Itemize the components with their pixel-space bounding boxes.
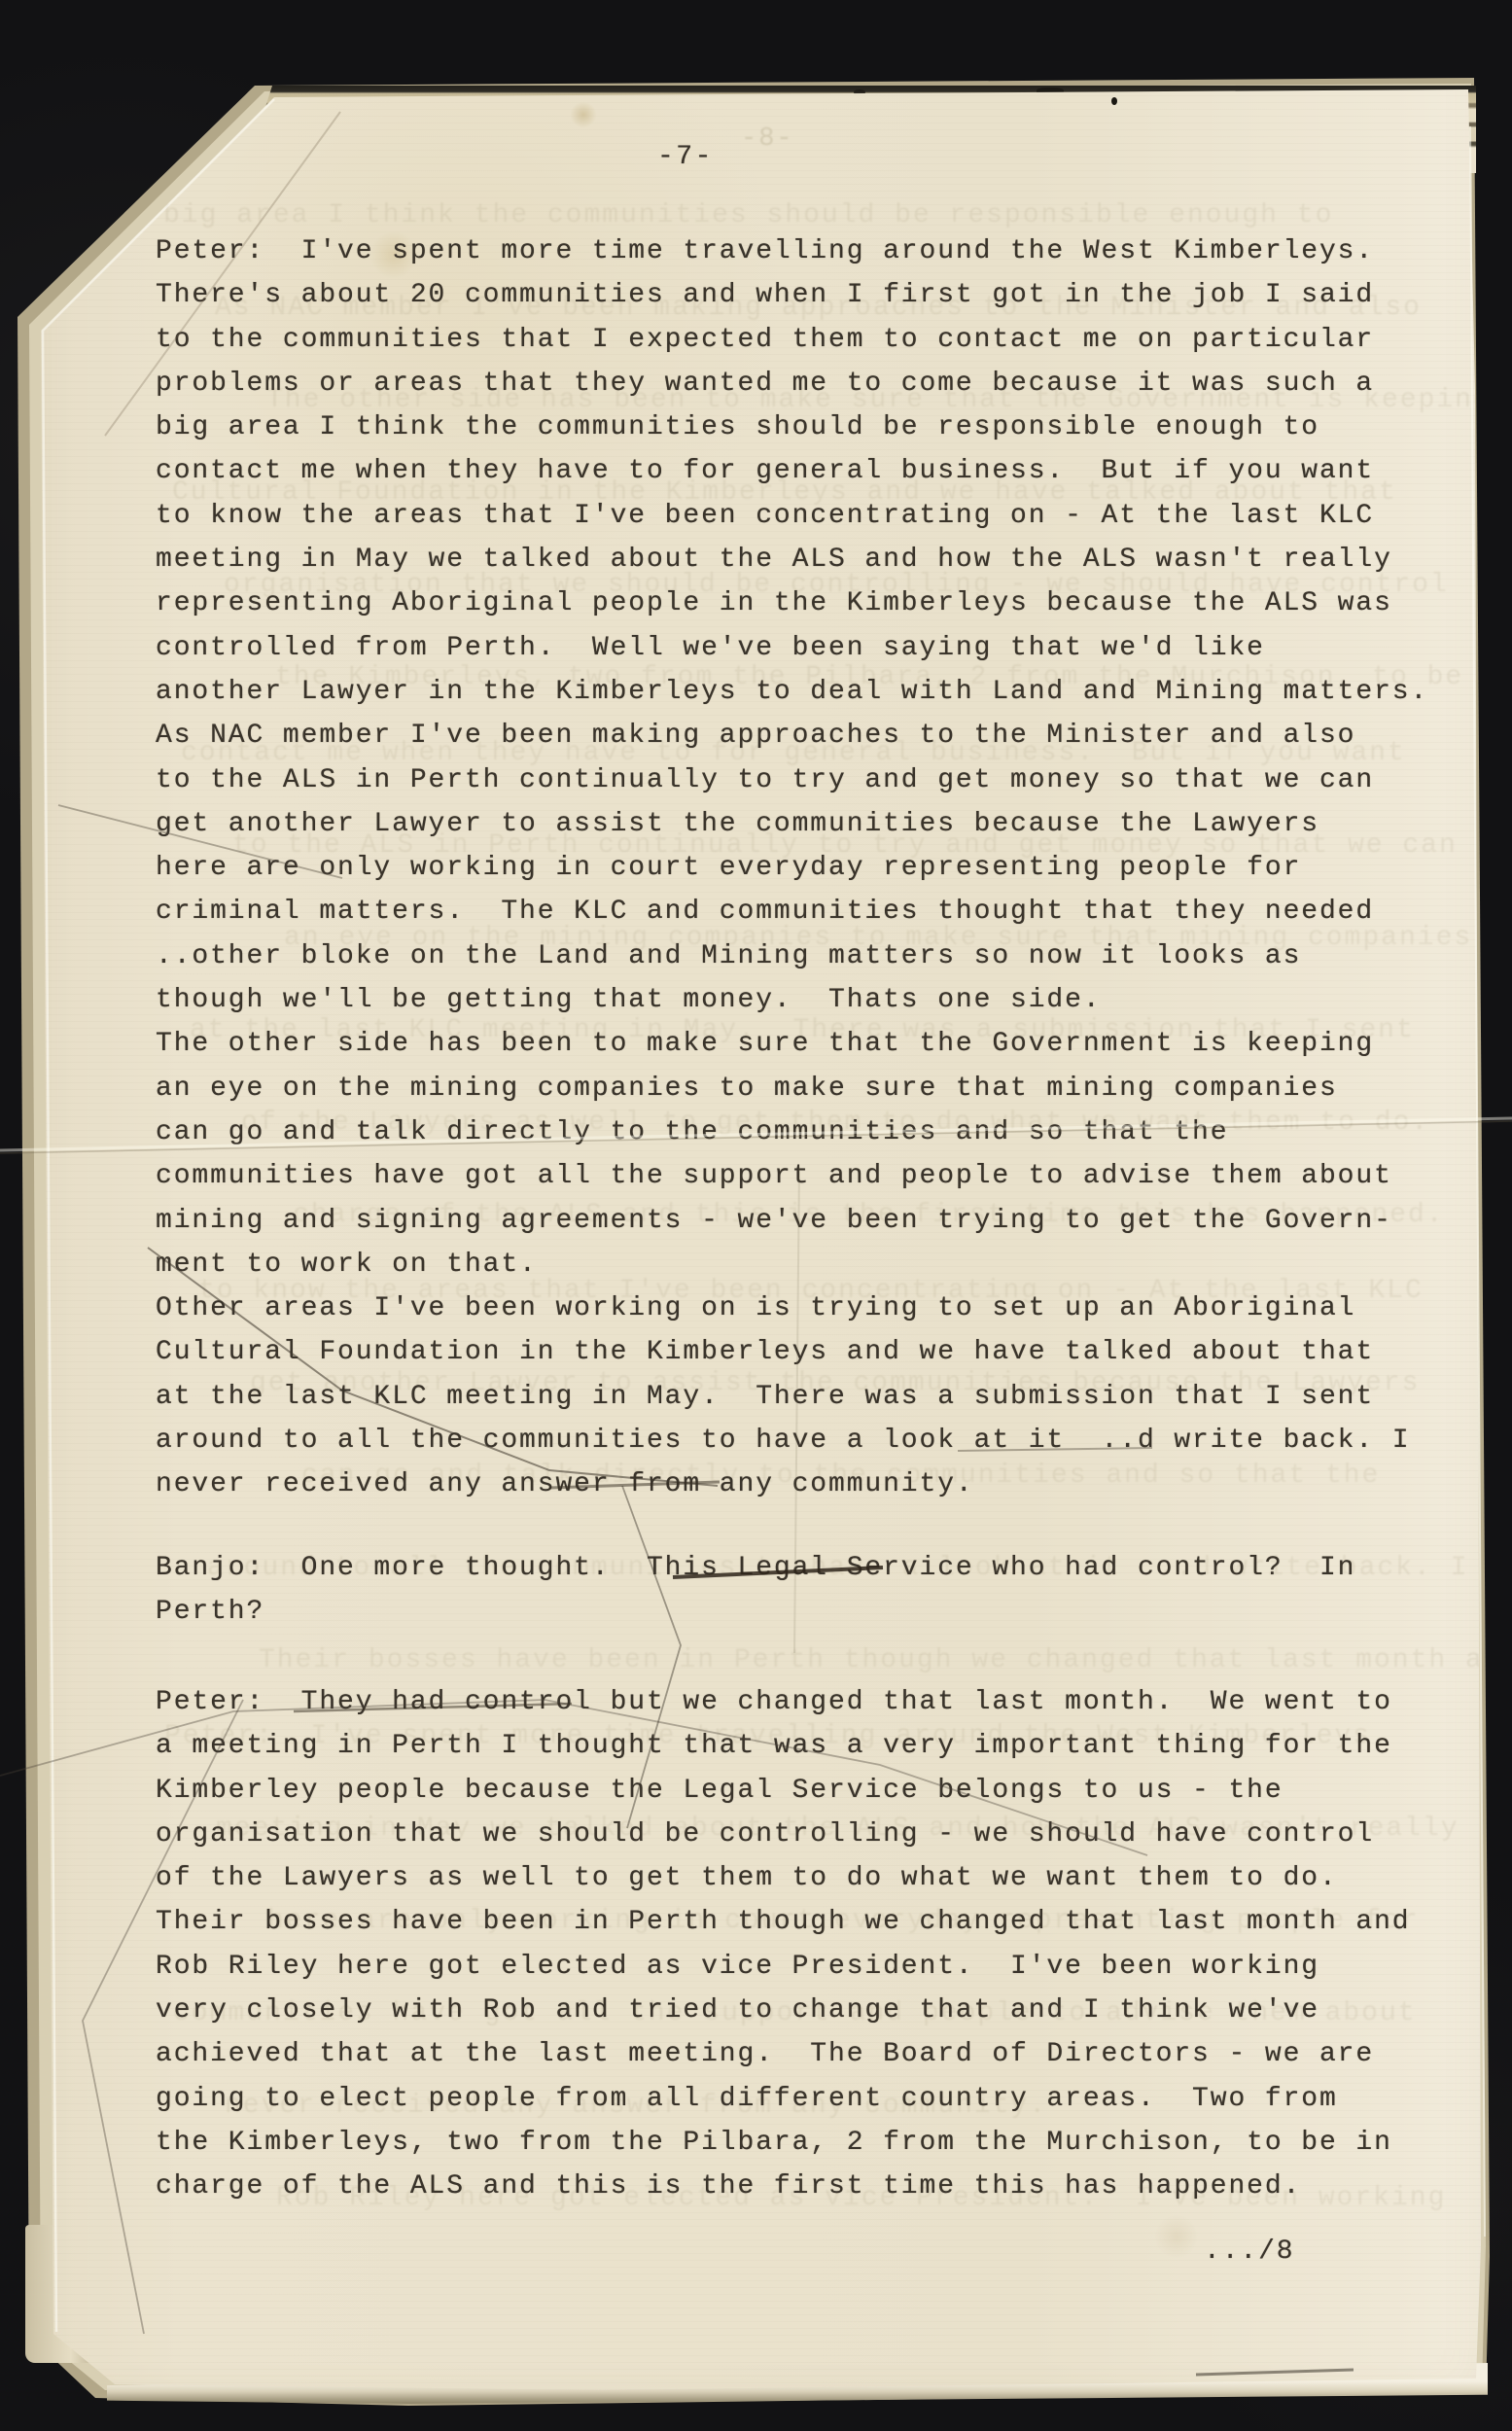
ghost-page-number: -8- (741, 124, 794, 154)
text-line: an eye on the mining companies to make s… (156, 1067, 1428, 1110)
transcript-block-peter-1: Peter: I've spent more time travelling a… (156, 229, 1428, 1507)
text-line: problems or areas that they wanted me to… (156, 362, 1428, 405)
text-line: controlled from Perth. Well we've been s… (156, 626, 1428, 670)
text-line: Other areas I've been working on is tryi… (156, 1286, 1428, 1330)
text-line: communities have got all the support and… (156, 1154, 1428, 1198)
text-line: get another Lawyer to assist the communi… (156, 802, 1428, 846)
text-line: Banjo: One more thought. This Legal Serv… (156, 1546, 1355, 1590)
text-line: another Lawyer in the Kimberleys to deal… (156, 670, 1428, 714)
text-line: ..other bloke on the Land and Mining mat… (156, 934, 1428, 978)
text-line: charge of the ALS and this is the first … (156, 2165, 1411, 2208)
ink-speck (1111, 97, 1117, 105)
text-line: can go and talk directly to the communit… (156, 1110, 1428, 1154)
transcript-block-banjo: Banjo: One more thought. This Legal Serv… (156, 1546, 1355, 1635)
document-page: -8- big area I think the communities sho… (0, 0, 1512, 2431)
text-line: Peter: I've spent more time travelling a… (156, 229, 1428, 273)
text-line: representing Aboriginal people in the Ki… (156, 581, 1428, 625)
text-line: very closely with Rob and tried to chang… (156, 1989, 1411, 2032)
text-line: a meeting in Perth I thought that was a … (156, 1724, 1411, 1768)
text-line: going to elect people from all different… (156, 2077, 1411, 2121)
text-line: As NAC member I've been making approache… (156, 714, 1428, 757)
text-line: here are only working in court everyday … (156, 846, 1428, 890)
text-line: to the ALS in Perth continually to try a… (156, 758, 1428, 802)
ghost-text-line: Their bosses have been in Perth though w… (259, 1645, 1512, 1675)
text-line: of the Lawyers as well to get them to do… (156, 1856, 1411, 1900)
page-footer: .../8 (1204, 2233, 1295, 2272)
text-line: mining and signing agreements - we've be… (156, 1199, 1428, 1243)
text-line: contact me when they have to for general… (156, 449, 1428, 493)
text-line: Cultural Foundation in the Kimberleys an… (156, 1330, 1428, 1374)
text-line: the Kimberleys, two from the Pilbara, 2 … (156, 2121, 1411, 2165)
text-line: to the communities that I expected them … (156, 318, 1428, 362)
text-line: The other side has been to make sure tha… (156, 1022, 1428, 1066)
text-line: achieved that at the last meeting. The B… (156, 2032, 1411, 2076)
text-line: meeting in May we talked about the ALS a… (156, 538, 1428, 581)
text-line: Rob Riley here got elected as vice Presi… (156, 1945, 1411, 1989)
text-line: big area I think the communities should … (156, 405, 1428, 449)
text-line: Kimberley people because the Legal Servi… (156, 1769, 1411, 1813)
transcript-block-peter-2: Peter: They had control but we changed t… (156, 1680, 1411, 2209)
ghost-text-line: big area I think the communities should … (163, 200, 1334, 230)
text-line: never received any answer from any commu… (156, 1462, 1428, 1506)
text-line: There's about 20 communities and when I … (156, 273, 1428, 317)
text-line: organisation that we should be controlli… (156, 1813, 1411, 1856)
text-line: Peter: They had control but we changed t… (156, 1680, 1411, 1724)
text-line: ment to work on that. (156, 1243, 1428, 1286)
text-line: criminal matters. The KLC and communitie… (156, 890, 1428, 934)
text-line: Their bosses have been in Perth though w… (156, 1900, 1411, 1944)
page-number: -7- (657, 138, 714, 177)
text-line: around to all the communities to have a … (156, 1419, 1428, 1462)
text-line: at the last KLC meeting in May. There wa… (156, 1375, 1428, 1419)
text-line: to know the areas that I've been concent… (156, 494, 1428, 538)
text-line: Perth? (156, 1590, 1355, 1634)
text-line: though we'll be getting that money. That… (156, 978, 1428, 1022)
